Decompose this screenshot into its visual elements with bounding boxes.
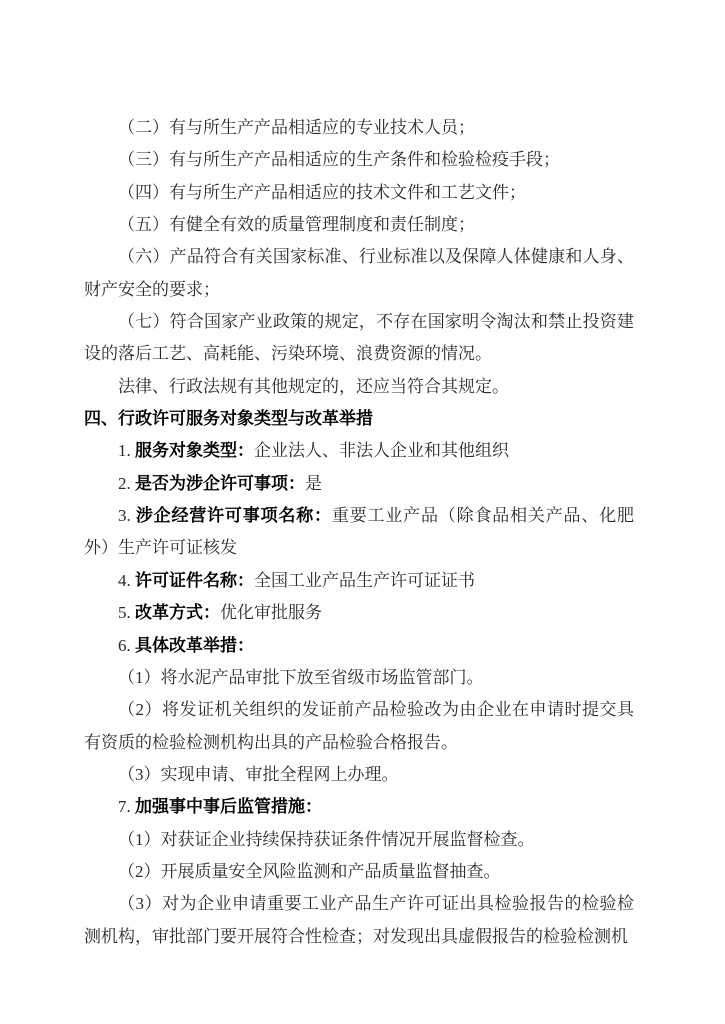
text-run: （七）符合国家产业政策的规定，不存在国家明令淘汰和禁止投资建设的落后工艺、高耗能… (84, 312, 634, 363)
sub-item: （2）开展质量安全风险监测和产品质量监督抽查。 (84, 856, 634, 888)
field-label: 加强事中事后监管措施： (135, 797, 322, 816)
clause-item: （三）有与所生产产品相适应的生产条件和检验检疫手段； (84, 144, 634, 176)
numbered-field: 4. 许可证件名称：全国工业产品生产许可证证书 (84, 565, 634, 597)
field-label: 涉企经营许可事项名称： (136, 506, 332, 525)
numbered-field: 1. 服务对象类型：企业法人、非法人企业和其他组织 (84, 435, 634, 467)
text-run: （1）对获证企业持续保持获证条件情况开展监督检查。 (118, 830, 535, 849)
text-run: 企业法人、非法人企业和其他组织 (254, 441, 509, 460)
field-label: 是否为涉企许可事项： (135, 474, 305, 493)
text-run: 法律、行政法规有其他规定的，还应当符合其规定。 (118, 377, 509, 396)
text-run: （四）有与所生产产品相适应的技术文件和工艺文件； (118, 183, 526, 202)
text-run: （二）有与所生产产品相适应的专业技术人员； (118, 118, 475, 137)
clause-item: （四）有与所生产产品相适应的技术文件和工艺文件； (84, 177, 634, 209)
text-run: 6. (118, 636, 135, 655)
clause-item: （五）有健全有效的质量管理制度和责任制度； (84, 209, 634, 241)
section-heading: 四、行政许可服务对象类型与改革举措 (84, 403, 634, 435)
text-run: 4. (118, 571, 135, 590)
clause-item: （六）产品符合有关国家标准、行业标准以及保障人体健康和人身、财产安全的要求； (84, 241, 634, 306)
text-run: （五）有健全有效的质量管理制度和责任制度； (118, 215, 475, 234)
sub-item: （3）对为企业申请重要工业产品生产许可证出具检验报告的检验检测机构，审批部门要开… (84, 888, 634, 953)
numbered-field: 6. 具体改革举措： (84, 630, 634, 662)
text-run: 7. (118, 797, 135, 816)
text-run: 3. (118, 506, 136, 525)
sub-item: （3）实现申请、审批全程网上办理。 (84, 759, 634, 791)
text-run: （1）将水泥产品审批下放至省级市场监管部门。 (118, 668, 484, 687)
numbered-field: 5. 改革方式：优化审批服务 (84, 597, 634, 629)
field-label: 具体改革举措： (135, 636, 254, 655)
text-run: 2. (118, 474, 135, 493)
text-run: （3）对为企业申请重要工业产品生产许可证出具检验报告的检验检测机构，审批部门要开… (84, 894, 634, 945)
text-run: 1. (118, 441, 135, 460)
text-run: （2）开展质量安全风险监测和产品质量监督抽查。 (118, 862, 501, 881)
field-label: 四、行政许可服务对象类型与改革举措 (84, 409, 373, 428)
text-run: 优化审批服务 (220, 603, 322, 622)
clause-item: （二）有与所生产产品相适应的专业技术人员； (84, 112, 634, 144)
field-label: 服务对象类型： (135, 441, 254, 460)
sub-item: （1）将水泥产品审批下放至省级市场监管部门。 (84, 662, 634, 694)
sub-item: （1）对获证企业持续保持获证条件情况开展监督检查。 (84, 824, 634, 856)
clause-item: （七）符合国家产业政策的规定，不存在国家明令淘汰和禁止投资建设的落后工艺、高耗能… (84, 306, 634, 371)
field-label: 改革方式： (135, 603, 220, 622)
text-run: 是 (305, 474, 322, 493)
document-page: （二）有与所生产产品相适应的专业技术人员；（三）有与所生产产品相适应的生产条件和… (0, 0, 725, 1024)
text-run: （3）实现申请、审批全程网上办理。 (118, 765, 399, 784)
document-body: （二）有与所生产产品相适应的专业技术人员；（三）有与所生产产品相适应的生产条件和… (84, 112, 634, 953)
numbered-field: 2. 是否为涉企许可事项：是 (84, 468, 634, 500)
text-run: （2）将发证机关组织的发证前产品检验改为由企业在申请时提交具有资质的检验检测机构… (84, 700, 634, 751)
sub-item: （2）将发证机关组织的发证前产品检验改为由企业在申请时提交具有资质的检验检测机构… (84, 694, 634, 759)
text-run: 5. (118, 603, 135, 622)
text-run: （三）有与所生产产品相适应的生产条件和检验检疫手段； (118, 150, 560, 169)
field-label: 许可证件名称： (135, 571, 254, 590)
text-run: 全国工业产品生产许可证证书 (254, 571, 475, 590)
numbered-field: 3. 涉企经营许可事项名称：重要工业产品（除食品相关产品、化肥外）生产许可证核发 (84, 500, 634, 565)
numbered-field: 7. 加强事中事后监管措施： (84, 791, 634, 823)
clause-note: 法律、行政法规有其他规定的，还应当符合其规定。 (84, 371, 634, 403)
text-run: （六）产品符合有关国家标准、行业标准以及保障人体健康和人身、财产安全的要求； (84, 247, 634, 298)
